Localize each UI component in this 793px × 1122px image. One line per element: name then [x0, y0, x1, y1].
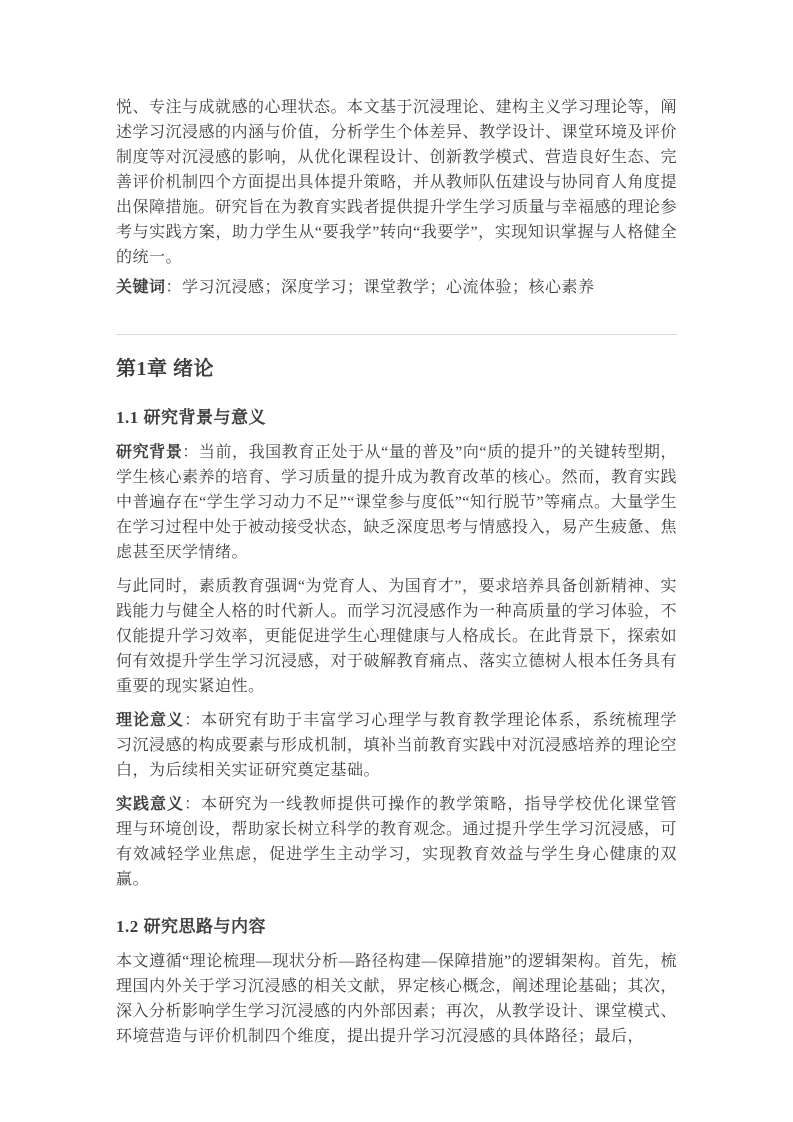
keywords-label: 关键词	[116, 279, 166, 296]
research-background-label: 研究背景	[116, 444, 182, 461]
document-page: 悦、专注与成就感的心理状态。本文基于沉浸理论、建构主义学习理论等，阐述学习沉浸感…	[0, 0, 793, 1122]
paragraph-meanwhile: 与此同时，素质教育强调“为党育人、为国育才”，要求培养具备创新精神、实践能力与健…	[116, 574, 677, 699]
section-divider	[116, 334, 677, 335]
practical-significance-colon: ：	[184, 796, 201, 813]
paragraph-research-approach: 本文遵循“理论梳理—现状分析—路径构建—保障措施”的逻辑架构。首先，梳理国内外关…	[116, 949, 677, 1049]
theoretical-significance-text: 本研究有助于丰富学习心理学与教育教学理论体系，系统梳理学习沉浸感的构成要素与形成…	[116, 712, 677, 779]
practical-significance-text: 本研究为一线教师提供可操作的教学策略，指导学校优化课堂管理与环境创设，帮助家长树…	[116, 796, 677, 888]
practical-significance-label: 实践意义	[116, 796, 184, 813]
paragraph-abstract-tail: 悦、专注与成就感的心理状态。本文基于沉浸理论、建构主义学习理论等，阐述学习沉浸感…	[116, 95, 677, 270]
chapter-1-title: 第1章 绪论	[116, 355, 677, 383]
paragraph-practical-significance: 实践意义：本研究为一线教师提供可操作的教学策略，指导学校优化课堂管理与环境创设，…	[116, 792, 677, 892]
research-background-colon: ：	[182, 444, 199, 461]
keywords-list: 学习沉浸感；深度学习；课堂教学；心流体验；核心素养	[182, 279, 595, 296]
research-background-text: 当前，我国教育正处于从“量的普及”向“质的提升”的关键转型期，学生核心素养的培育…	[116, 444, 677, 561]
keywords-line: 关键词：学习沉浸感；深度学习；课堂教学；心流体验；核心素养	[116, 275, 677, 300]
keywords-colon: ：	[166, 279, 183, 296]
paragraph-theoretical-significance: 理论意义：本研究有助于丰富学习心理学与教育教学理论体系，系统梳理学习沉浸感的构成…	[116, 708, 677, 783]
theoretical-significance-label: 理论意义	[116, 712, 184, 729]
section-1-2-title: 1.2 研究思路与内容	[116, 915, 677, 939]
section-1-1-title: 1.1 研究背景与意义	[116, 406, 677, 430]
paragraph-research-background: 研究背景：当前，我国教育正处于从“量的普及”向“质的提升”的关键转型期，学生核心…	[116, 440, 677, 565]
theoretical-significance-colon: ：	[184, 712, 201, 729]
